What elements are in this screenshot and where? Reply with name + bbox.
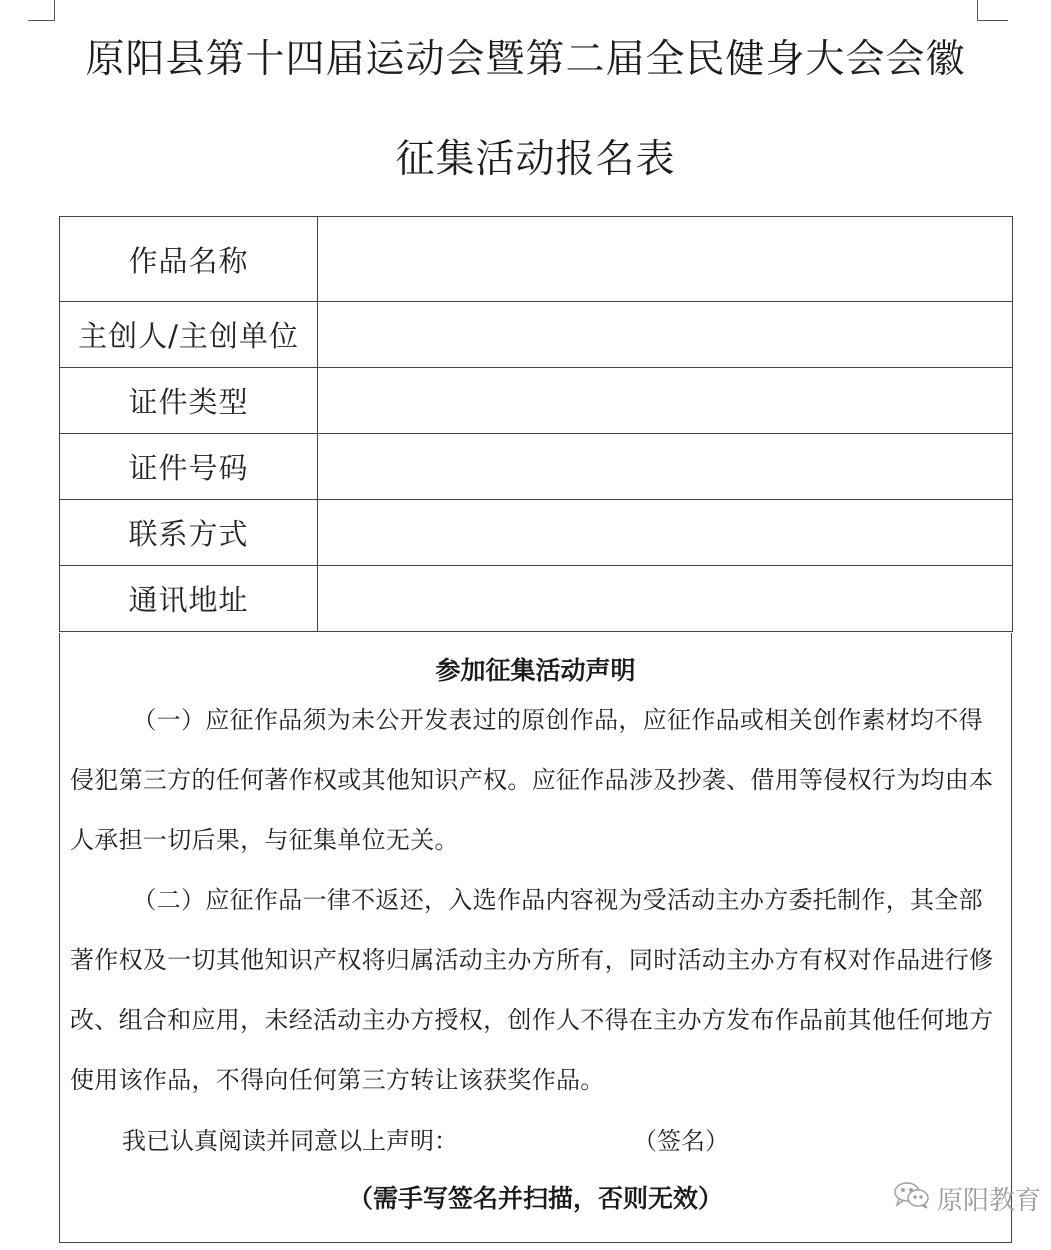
label-contact: 联系方式	[60, 500, 318, 566]
declaration-box: 参加征集活动声明 （一）应征作品须为未公开发表过的原创作品，应征作品或相关创作素…	[59, 633, 1012, 1243]
crop-mark-top-right	[977, 0, 1008, 21]
field-id-number[interactable]	[318, 434, 1013, 500]
label-creator: 主创人/主创单位	[60, 302, 318, 368]
crop-mark-top-left	[28, 0, 55, 21]
label-id-type: 证件类型	[60, 368, 318, 434]
field-creator[interactable]	[318, 302, 1013, 368]
declaration-paragraph-2: （二）应征作品一律不返还，入选作品内容视为受活动主办方委托制作，其全部著作权及一…	[70, 870, 995, 1110]
field-contact[interactable]	[318, 500, 1013, 566]
document-title-line1: 原阳县第十四届运动会暨第二届全民健身大会会徽	[0, 28, 1051, 84]
wechat-icon	[893, 1180, 931, 1217]
form-row-address: 通讯地址	[60, 566, 1013, 632]
field-address[interactable]	[318, 566, 1013, 632]
declaration-paragraph-1: （一）应征作品须为未公开发表过的原创作品，应征作品或相关创作素材均不得侵犯第三方…	[70, 690, 995, 870]
label-work-name: 作品名称	[60, 217, 318, 302]
field-id-type[interactable]	[318, 368, 1013, 434]
signature-note: （需手写签名并扫描，否则无效）	[60, 1179, 1011, 1215]
registration-form-table: 作品名称 主创人/主创单位 证件类型 证件号码 联系方式 通讯地址	[59, 216, 1013, 632]
form-row-creator: 主创人/主创单位	[60, 302, 1013, 368]
signature-field[interactable]: （签名）	[633, 1121, 729, 1156]
form-row-id-type: 证件类型	[60, 368, 1013, 434]
document-title-line2: 征集活动报名表	[0, 128, 1051, 184]
declaration-heading: 参加征集活动声明	[60, 651, 1011, 687]
form-row-id-number: 证件号码	[60, 434, 1013, 500]
watermark: 原阳教育	[893, 1180, 1041, 1217]
form-row-contact: 联系方式	[60, 500, 1013, 566]
agreement-text: 我已认真阅读并同意以上声明：	[122, 1121, 458, 1156]
label-id-number: 证件号码	[60, 434, 318, 500]
label-address: 通讯地址	[60, 566, 318, 632]
field-work-name[interactable]	[318, 217, 1013, 302]
form-row-work-name: 作品名称	[60, 217, 1013, 302]
watermark-text: 原阳教育	[937, 1180, 1041, 1217]
